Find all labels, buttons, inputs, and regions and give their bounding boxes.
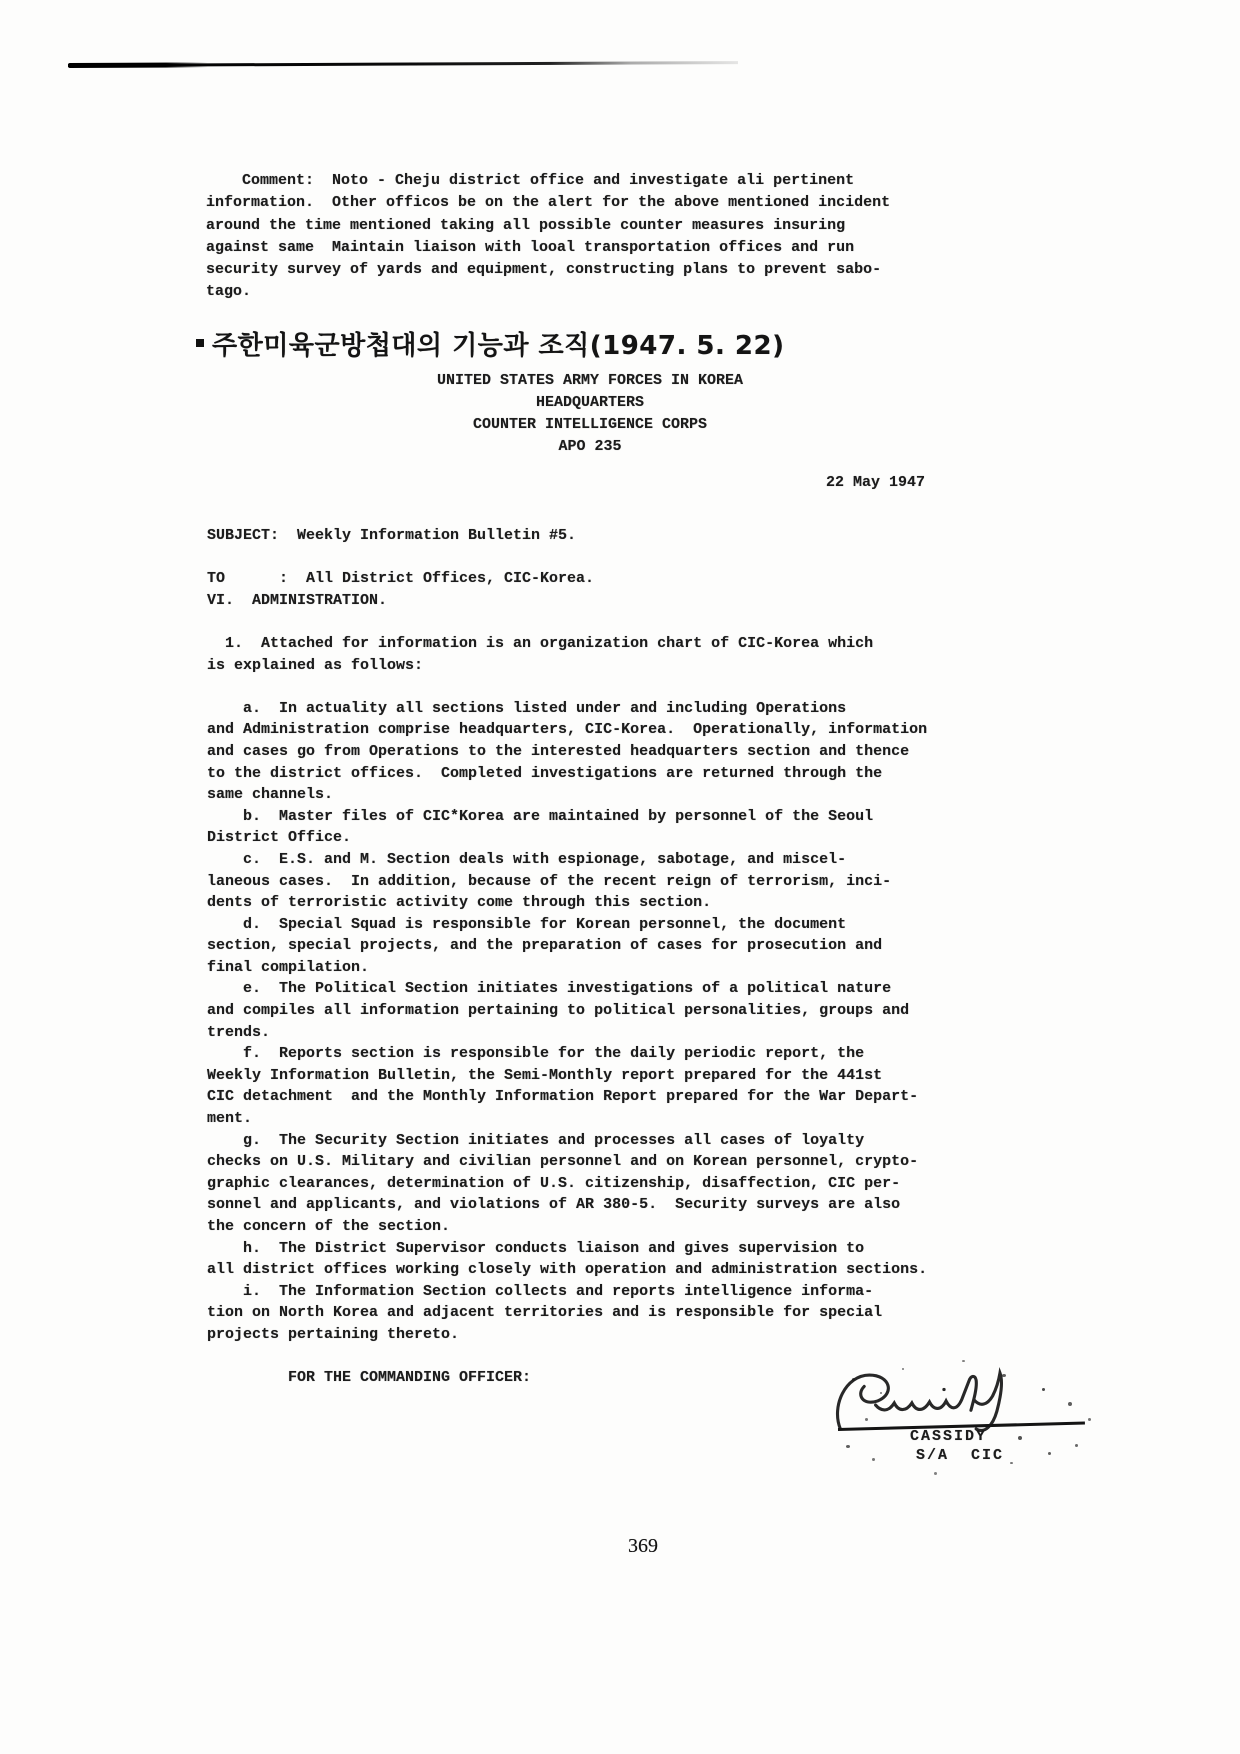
comment-paragraph: Comment: Noto - Cheju district office an… [206,170,890,304]
square-bullet-icon [196,339,204,347]
korean-heading-text: 주한미육군방첩대의 기능과 조직(1947. 5. 22) [212,325,785,362]
korean-heading: 주한미육군방첩대의 기능과 조직(1947. 5. 22) [196,325,785,361]
letter-body: SUBJECT: Weekly Information Bulletin #5.… [207,525,927,1389]
scanned-document-page: Comment: Noto - Cheju district office an… [0,0,1240,1754]
scan-artifact-rule-blob [68,62,208,68]
page-number: 369 [628,1535,658,1558]
date-line: 22 May 1947 [826,474,925,491]
signature-typed-name: CASSIDY [910,1428,987,1445]
signature-title: S/A CIC [916,1447,1004,1464]
letterhead: UNITED STATES ARMY FORCES IN KOREA HEADQ… [390,370,790,458]
